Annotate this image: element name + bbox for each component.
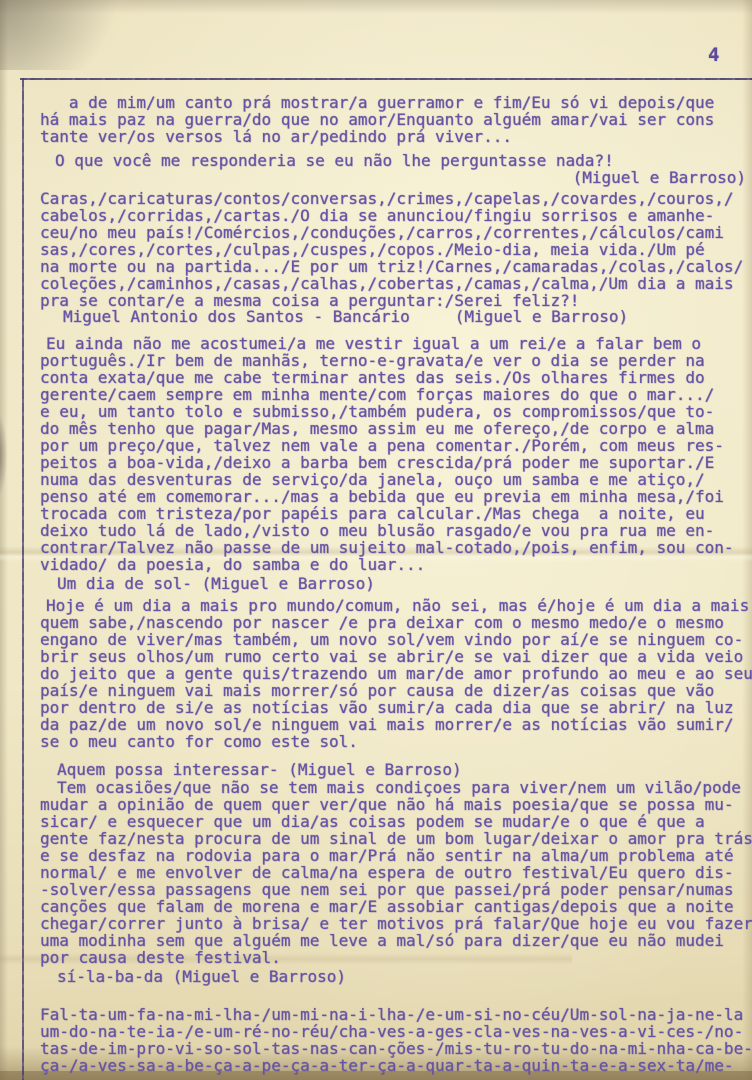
text-line: canções que falam de morena e mar/E asso… xyxy=(40,898,752,915)
stanza-aquem-possa-interessar: Tem ocasiões/que não se tem mais condiço… xyxy=(40,779,752,966)
song-heading-si-la-ba-da: sí-la-ba-da (Miguel e Barroso) xyxy=(40,968,752,985)
text-line: da paz/de um novo sol/e ninguem vai mais… xyxy=(40,716,752,733)
text-line: gerente/caem sempre em minha mente/com f… xyxy=(40,386,752,403)
text-line: coleções,/caminhos,/casas,/calhas,/cober… xyxy=(40,275,752,292)
text-line: Tem ocasiões/que não se tem mais condiço… xyxy=(40,779,752,796)
text-line: Caras,/caricaturas/contos/conversas,/cri… xyxy=(40,190,752,207)
text-line: país/e ninguem vai mais morrer/só por ca… xyxy=(40,682,752,699)
text-line: tas-de-im-pro-vi-so-sol-tas-nas-can-ções… xyxy=(40,1040,752,1057)
text-line: ceu/no meu país!/Comércios,/conduções,/c… xyxy=(40,224,752,241)
song-attribution: (Miguel e Barroso) xyxy=(455,308,628,325)
stanza-bancario: Eu ainda não me acostumei/a me vestir ig… xyxy=(40,335,752,573)
song-heading-um-dia-de-sol: Um dia de sol- (Miguel e Barroso) xyxy=(40,575,752,592)
text-line: do mês tenho que pagar/Mas, mesmo assim … xyxy=(40,420,752,437)
text-line: peitos a boa-vida,/deixo a barba bem cre… xyxy=(40,454,752,471)
text-line: quem sabe,/nascendo por nascer /e pra de… xyxy=(40,614,752,631)
text-line: penso até em comemorar.../mas a bebida q… xyxy=(40,488,752,505)
text-line: gente faz/nesta procura de um sinal de u… xyxy=(40,830,752,847)
stanza-intro-continuation: a de mim/um canto prá mostrar/a guerramo… xyxy=(40,94,752,145)
text-line: Eu ainda não me acostumei/a me vestir ig… xyxy=(40,335,752,352)
text-line: uma modinha sem que alguém me leve a mal… xyxy=(40,932,752,949)
text-line: -solver/essa passagens que nem sei por q… xyxy=(40,881,752,898)
text-line: por dentro de si/e as notícias vão sumir… xyxy=(40,699,752,716)
text-line: cabelos,/corridas,/cartas./O dia se anun… xyxy=(40,207,752,224)
text-line: do jeito que a gente quis/trazendo um ma… xyxy=(40,665,752,682)
text-line: normal/ e me envolver de calma/na espera… xyxy=(40,864,752,881)
song-heading-aquem-possa-interessar: Aquem possa interessar- (Miguel e Barros… xyxy=(40,761,752,778)
text-line: chegar/correr junto à brisa/ e ter motiv… xyxy=(40,915,752,932)
text-line: há mais paz na guerra/do que no amor/Enq… xyxy=(40,111,752,128)
text-line: tante ver/os versos lá no ar/pedindo prá… xyxy=(40,128,752,145)
text-line: numa das desventuras de serviço/da janel… xyxy=(40,471,752,488)
stanza-caras: Caras,/caricaturas/contos/conversas,/cri… xyxy=(40,190,752,309)
text-line: vidado/ da poesia, do samba e do luar... xyxy=(40,556,752,573)
text-line: trocada com tristeza/por papéis para cal… xyxy=(40,505,752,522)
question-line: O que você me responderia se eu não lhe … xyxy=(40,152,752,169)
text-line: Fal-ta-um-fa-na-mi-lha-/um-mi-na-i-lha-/… xyxy=(40,1006,752,1023)
stanza-um-dia-de-sol: Hoje é um dia a mais pro mundo/comum, nã… xyxy=(40,597,752,750)
text-line: se o meu canto for como este sol. xyxy=(40,733,752,750)
text-line: e eu, um tanto tolo e submisso,/também p… xyxy=(40,403,752,420)
attribution-miguel-e-barroso: (Miguel e Barroso) xyxy=(573,169,746,186)
text-line: brir seus olhos/um rumo certo vai se abr… xyxy=(40,648,752,665)
text-line: sas,/cores,/cortes,/culpas,/cuspes,/copo… xyxy=(40,241,752,258)
text-line: sicar/ e esquecer que um dia/as coisas p… xyxy=(40,813,752,830)
text-line: conta exata/que me cabe terminar antes d… xyxy=(40,369,752,386)
stanza-si-la-ba-da: Fal-ta-um-fa-na-mi-lha-/um-mi-na-i-lha-/… xyxy=(40,1006,752,1074)
scanned-typewritten-page: 4 a de mim/um canto prá mostrar/a guerra… xyxy=(0,0,752,1080)
text-line: ça-/a-ves-sa-a-be-ça-a-pe-ça-a-ter-ça-a-… xyxy=(40,1057,752,1074)
song-title: Miguel Antonio dos Santos - Bancário xyxy=(63,308,410,325)
text-line: por causa deste festival. xyxy=(40,949,752,966)
text-line: por um preço/que, talvez nem vale a pena… xyxy=(40,437,752,454)
song-heading-bancario: Miguel Antonio dos Santos - Bancário (Mi… xyxy=(40,308,752,325)
text-line: engano de viver/mas também, um novo sol/… xyxy=(40,631,752,648)
text-line: um-do-na-te-ia-/e-um-ré-no-réu/cha-ves-a… xyxy=(40,1023,752,1040)
text-line: deixo tudo lá de lado,/visto o meu blusã… xyxy=(40,522,752,539)
text-line: Hoje é um dia a mais pro mundo/comum, nã… xyxy=(40,597,752,614)
text-line: a de mim/um canto prá mostrar/a guerramo… xyxy=(40,94,752,111)
text-line: na morte ou na partida.../E por um triz!… xyxy=(40,258,752,275)
text-line: mudar a opinião de quem quer ver/que não… xyxy=(40,796,752,813)
text-line: português./Ir bem de manhãs, terno-e-gra… xyxy=(40,352,752,369)
text-line: contrar/Talvez não passe de um sujeito m… xyxy=(40,539,752,556)
text-line: e se desfaz na rodovia para o mar/Prá nã… xyxy=(40,847,752,864)
typed-text-area: a de mim/um canto prá mostrar/a guerramo… xyxy=(0,0,752,1080)
